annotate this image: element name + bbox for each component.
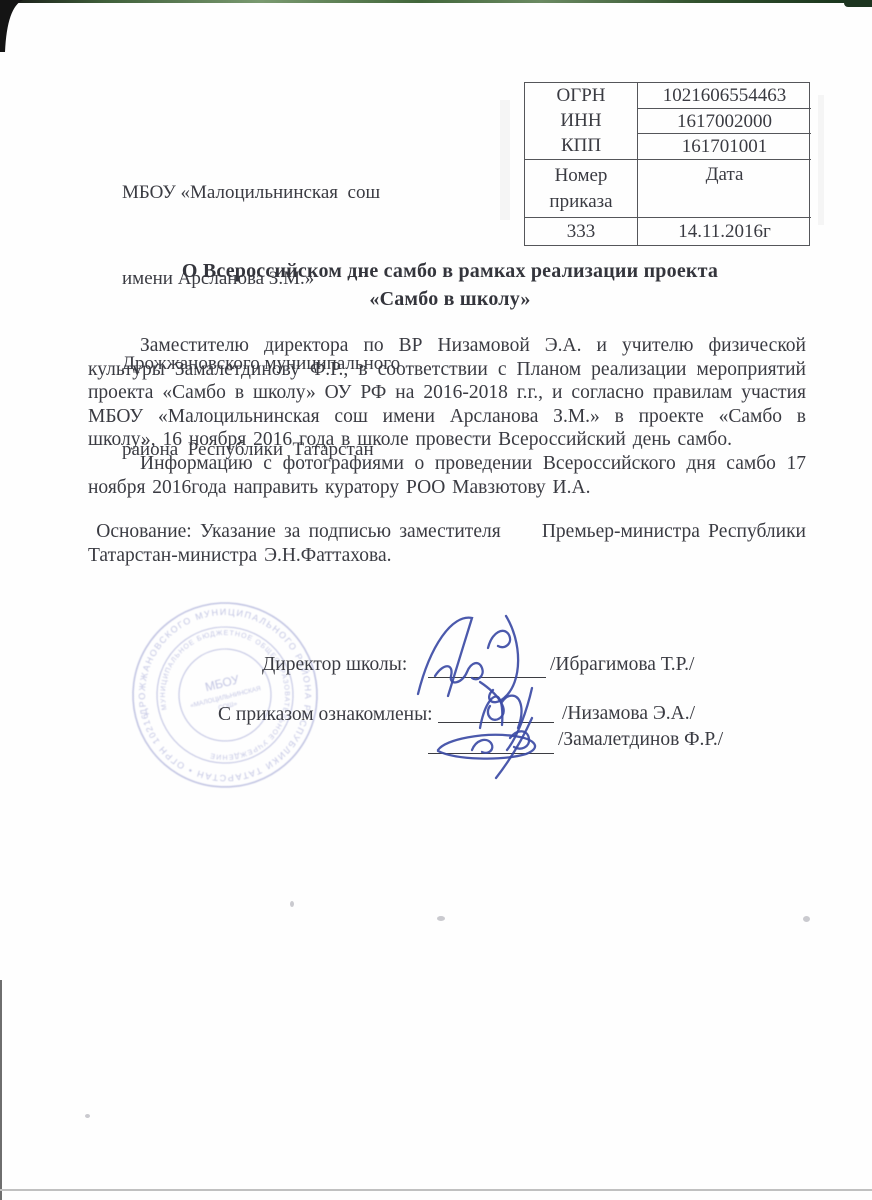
title-line-1: О Всероссийском дне самбо в рамках реали…: [30, 257, 870, 285]
order-number-label: Номер приказа: [525, 159, 637, 217]
paragraph-report: Информацию с фотографиями о проведении В…: [88, 452, 806, 499]
inn-value: 1617002000: [637, 108, 811, 133]
scan-artifact-left-edge: [0, 980, 2, 1200]
scan-artifact-bottom-edge: [0, 1189, 872, 1191]
ogrn-label: ОГРН: [525, 83, 637, 108]
scan-artifact-corner-topleft: [0, 0, 26, 52]
scan-artifact-top-edge: [0, 0, 872, 3]
registration-info-table: ОГРН ИНН КПП 1021606554463 1617002000 16…: [524, 82, 810, 246]
kpp-label: КПП: [525, 133, 637, 159]
handwritten-signatures-ink: [380, 598, 730, 798]
scan-speck: [803, 916, 810, 922]
scanned-document-page: { "org_block": { "lines": [ "МБОУ «Малоц…: [0, 0, 872, 1200]
school-stamp: ДРОЖЖАНОВСКОГО МУНИЦИПАЛЬНОГО РАЙОНА РЕС…: [104, 574, 346, 816]
scan-smudge: [818, 95, 824, 225]
title-line-2: «Самбо в школу»: [30, 285, 870, 313]
id-labels-cell: ОГРН ИНН КПП: [525, 83, 637, 159]
director-signature-ink: [418, 616, 518, 720]
scan-speck: [437, 916, 445, 921]
inn-label: ИНН: [525, 108, 637, 133]
scan-artifact-corner-topright: [844, 0, 872, 7]
scan-speck: [290, 901, 294, 907]
kpp-value: 161701001: [637, 133, 811, 159]
scan-speck: [85, 1114, 90, 1118]
paragraph-order: Заместителю директора по ВР Низамовой Э.…: [88, 334, 806, 452]
document-title: О Всероссийском дне самбо в рамках реали…: [30, 257, 870, 313]
org-line: МБОУ «Малоцильнинская сош: [122, 179, 502, 208]
ogrn-value: 1021606554463: [637, 83, 811, 108]
document-body: Заместителю директора по ВР Низамовой Э.…: [88, 334, 806, 567]
paragraph-basis: Основание: Указание за подписью заместит…: [88, 520, 806, 567]
order-number-value: 333: [525, 217, 637, 245]
date-value: 14.11.2016г: [637, 217, 811, 245]
date-label: Дата: [637, 159, 811, 217]
